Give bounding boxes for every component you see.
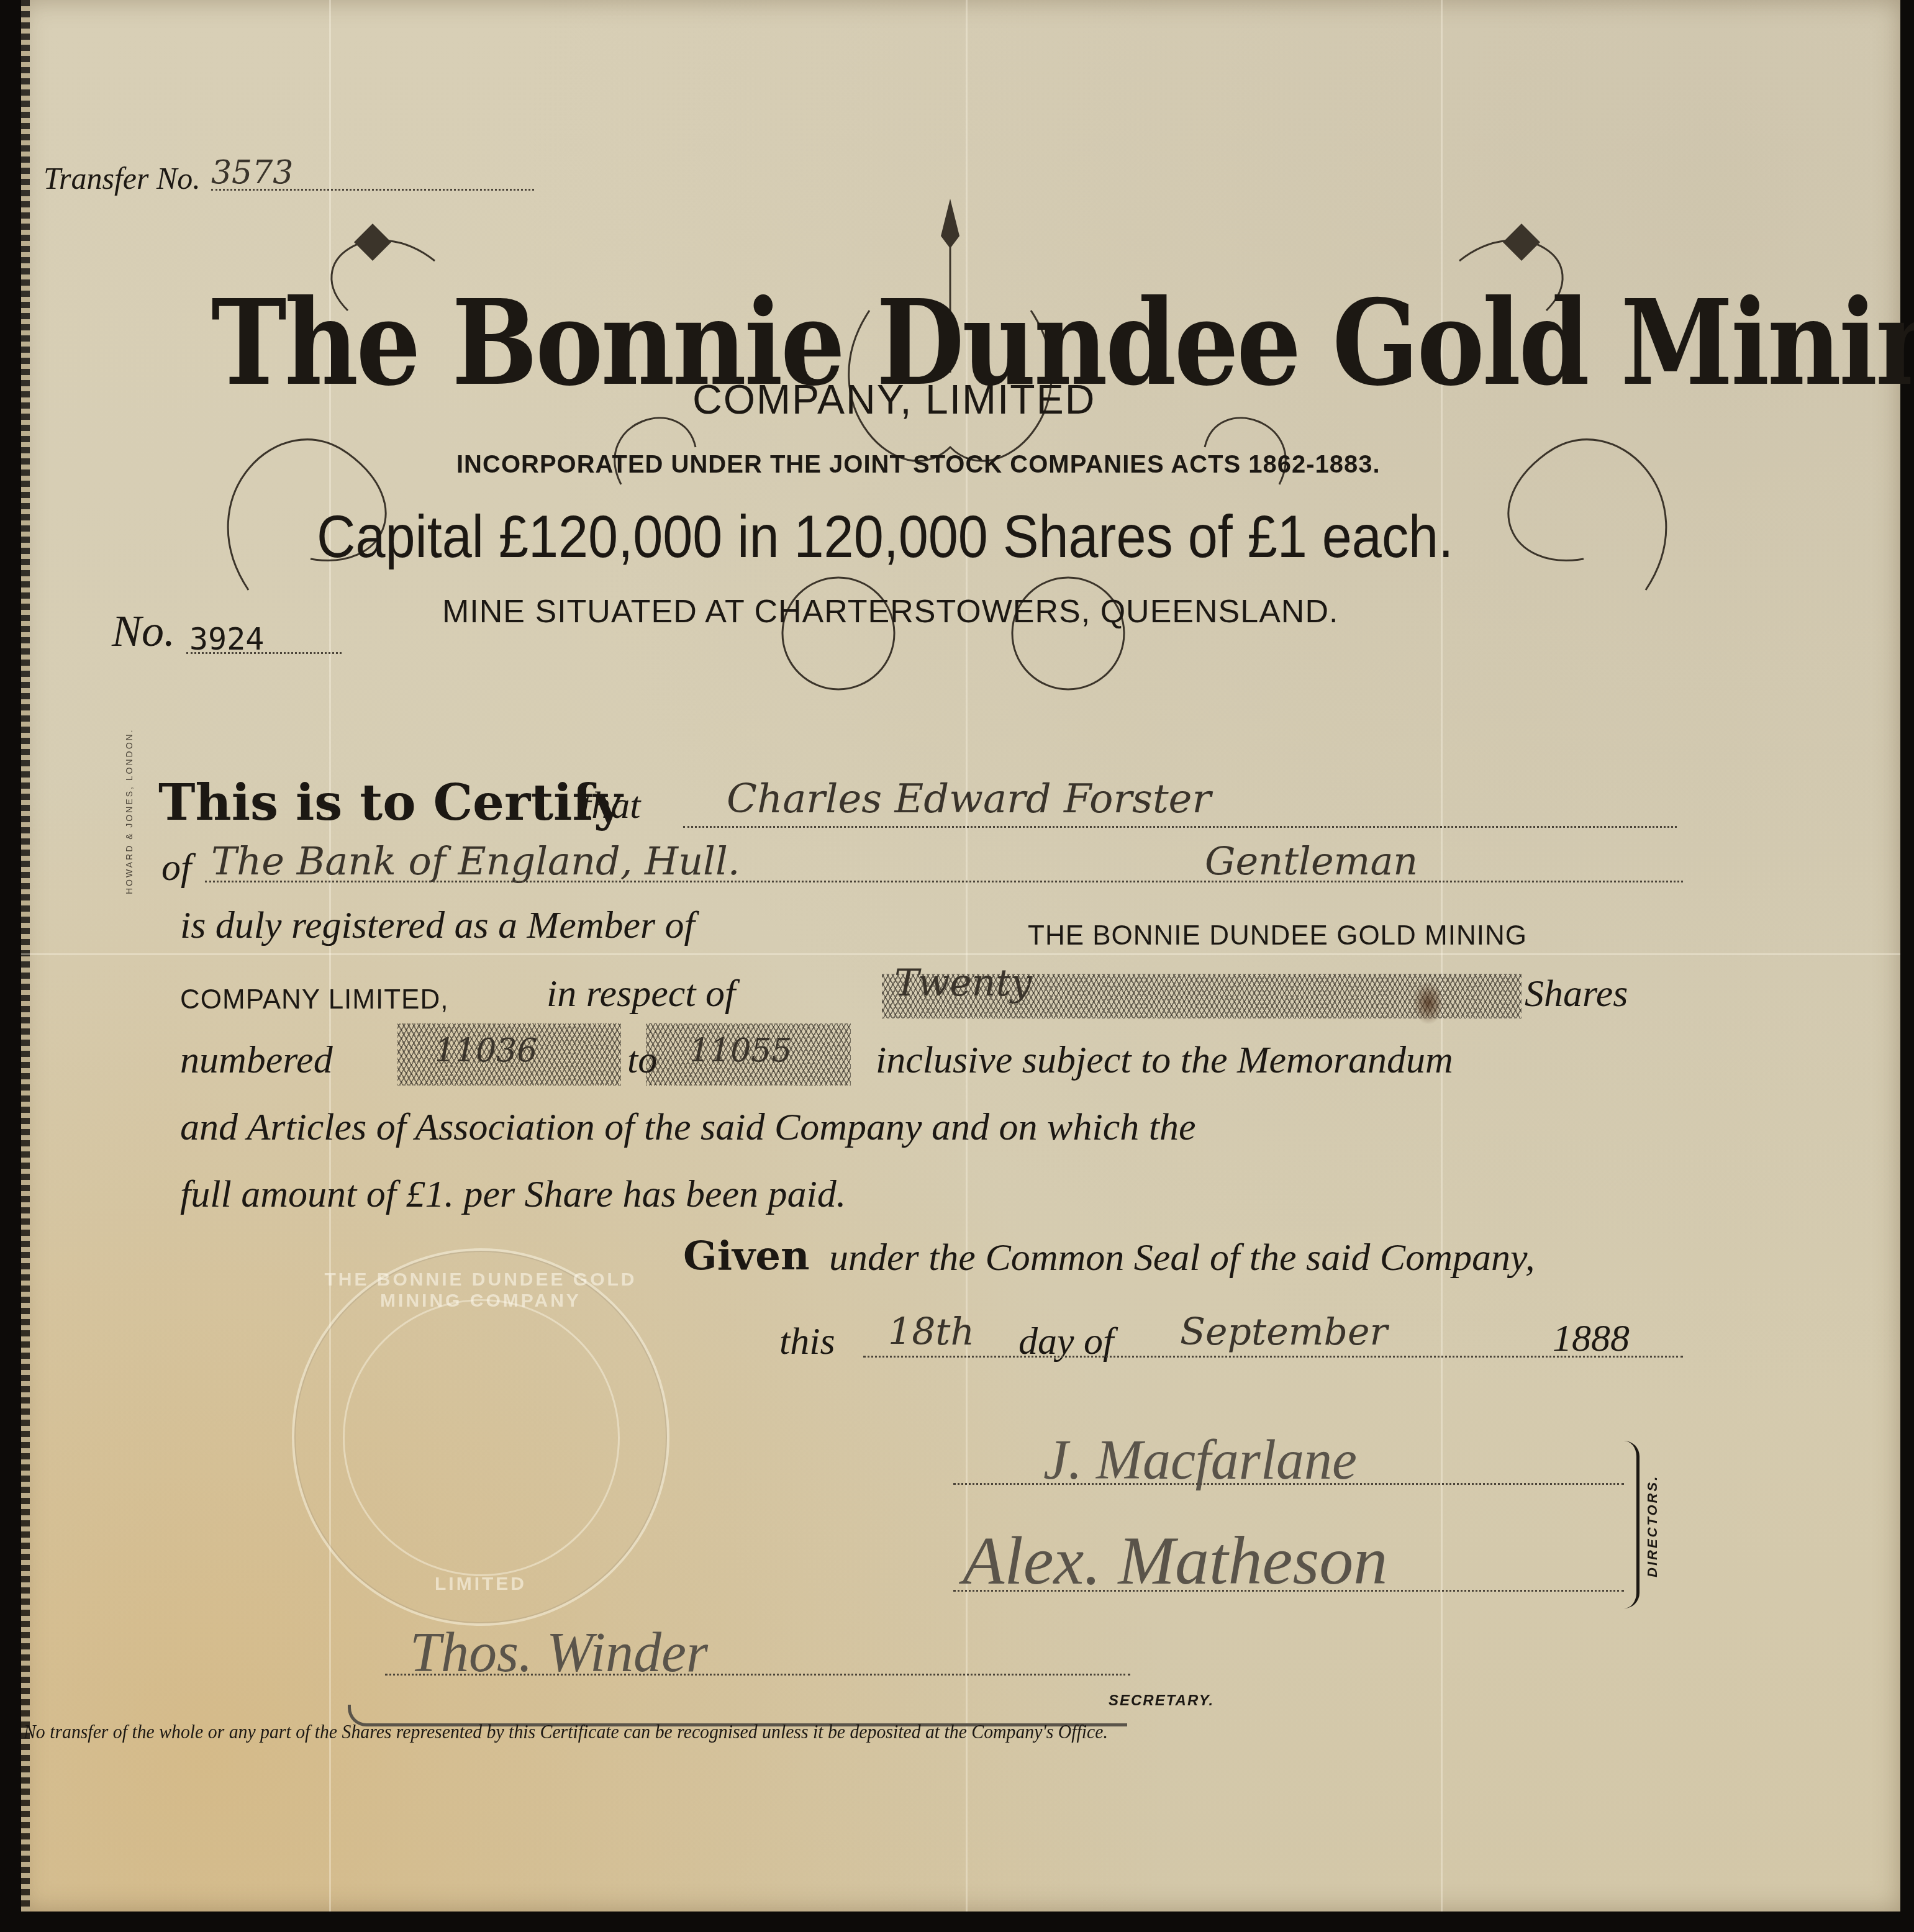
articles-text: and Articles of Association of the said …	[180, 1105, 1195, 1150]
holder-name-line	[683, 826, 1677, 828]
paid-text: full amount of £1. per Share has been pa…	[180, 1172, 846, 1217]
seal-bottom-text: LIMITED	[294, 1574, 667, 1595]
that-label: that	[581, 784, 640, 828]
ink-stain	[1413, 981, 1444, 1025]
printer-imprint: HOWARD & JONES, LONDON.	[124, 728, 134, 894]
incorporation-statement: INCORPORATED UNDER THE JOINT STOCK COMPA…	[456, 451, 1381, 479]
secretary-line	[385, 1674, 1130, 1676]
holder-name: Charles Edward Forster	[727, 776, 1211, 822]
directors-label: DIRECTORS.	[1644, 1475, 1661, 1577]
given-heading: Given	[683, 1233, 809, 1279]
share-number-to: 11055	[689, 1032, 792, 1069]
company-suffix: COMPANY, LIMITED	[692, 376, 1095, 423]
certificate-number-line	[186, 652, 342, 654]
director-signature-2: Alex. Matheson	[963, 1522, 1387, 1600]
issue-year: 1888	[1553, 1317, 1630, 1361]
numbered-label: numbered	[180, 1038, 333, 1082]
perforated-edge	[21, 0, 30, 1912]
shares-label: Shares	[1525, 972, 1628, 1016]
seal-inner-ring	[343, 1299, 620, 1576]
director-line-1	[953, 1483, 1624, 1485]
directors-brace	[1624, 1441, 1640, 1608]
transfer-notice: No transfer of the whole or any part of …	[24, 1720, 1108, 1743]
share-number-from: 11036	[435, 1032, 537, 1069]
director-line-2	[953, 1590, 1624, 1592]
issue-day: 18th	[888, 1310, 974, 1354]
holder-occupation: Gentleman	[1205, 838, 1418, 884]
company-seal: THE BONNIE DUNDEE GOLD MINING COMPANY LI…	[292, 1248, 669, 1626]
transfer-label: Transfer No.	[43, 160, 201, 196]
share-count: Twenty	[894, 961, 1032, 1005]
of-label: of	[161, 846, 191, 890]
holder-address-line	[205, 881, 1683, 882]
given-text: under the Common Seal of the said Compan…	[829, 1236, 1535, 1280]
seal-top-text: THE BONNIE DUNDEE GOLD MINING COMPANY	[294, 1269, 667, 1312]
holder-address: The Bank of England, Hull.	[211, 838, 740, 884]
inclusive-text: inclusive subject to the Memorandum	[876, 1038, 1453, 1082]
this-label: this	[779, 1320, 835, 1364]
transfer-number: 3573	[211, 154, 293, 191]
capital-statement: Capital £120,000 in 120,000 Shares of £1…	[317, 503, 1453, 571]
certificate-number-label: No.	[112, 605, 175, 657]
company-limited-caps: COMPANY LIMITED,	[180, 984, 448, 1015]
issue-month: September	[1180, 1310, 1387, 1354]
certify-heading: This is to Certify	[158, 773, 622, 832]
mine-location: MINE SITUATED AT CHARTERSTOWERS, QUEENSL…	[442, 593, 1338, 630]
date-line	[863, 1356, 1683, 1358]
registration-text: is duly registered as a Member of	[180, 904, 695, 948]
in-respect-of-label: in respect of	[547, 972, 735, 1016]
company-name-caps: THE BONNIE DUNDEE GOLD MINING	[1028, 920, 1527, 951]
fold-line	[21, 953, 1900, 955]
